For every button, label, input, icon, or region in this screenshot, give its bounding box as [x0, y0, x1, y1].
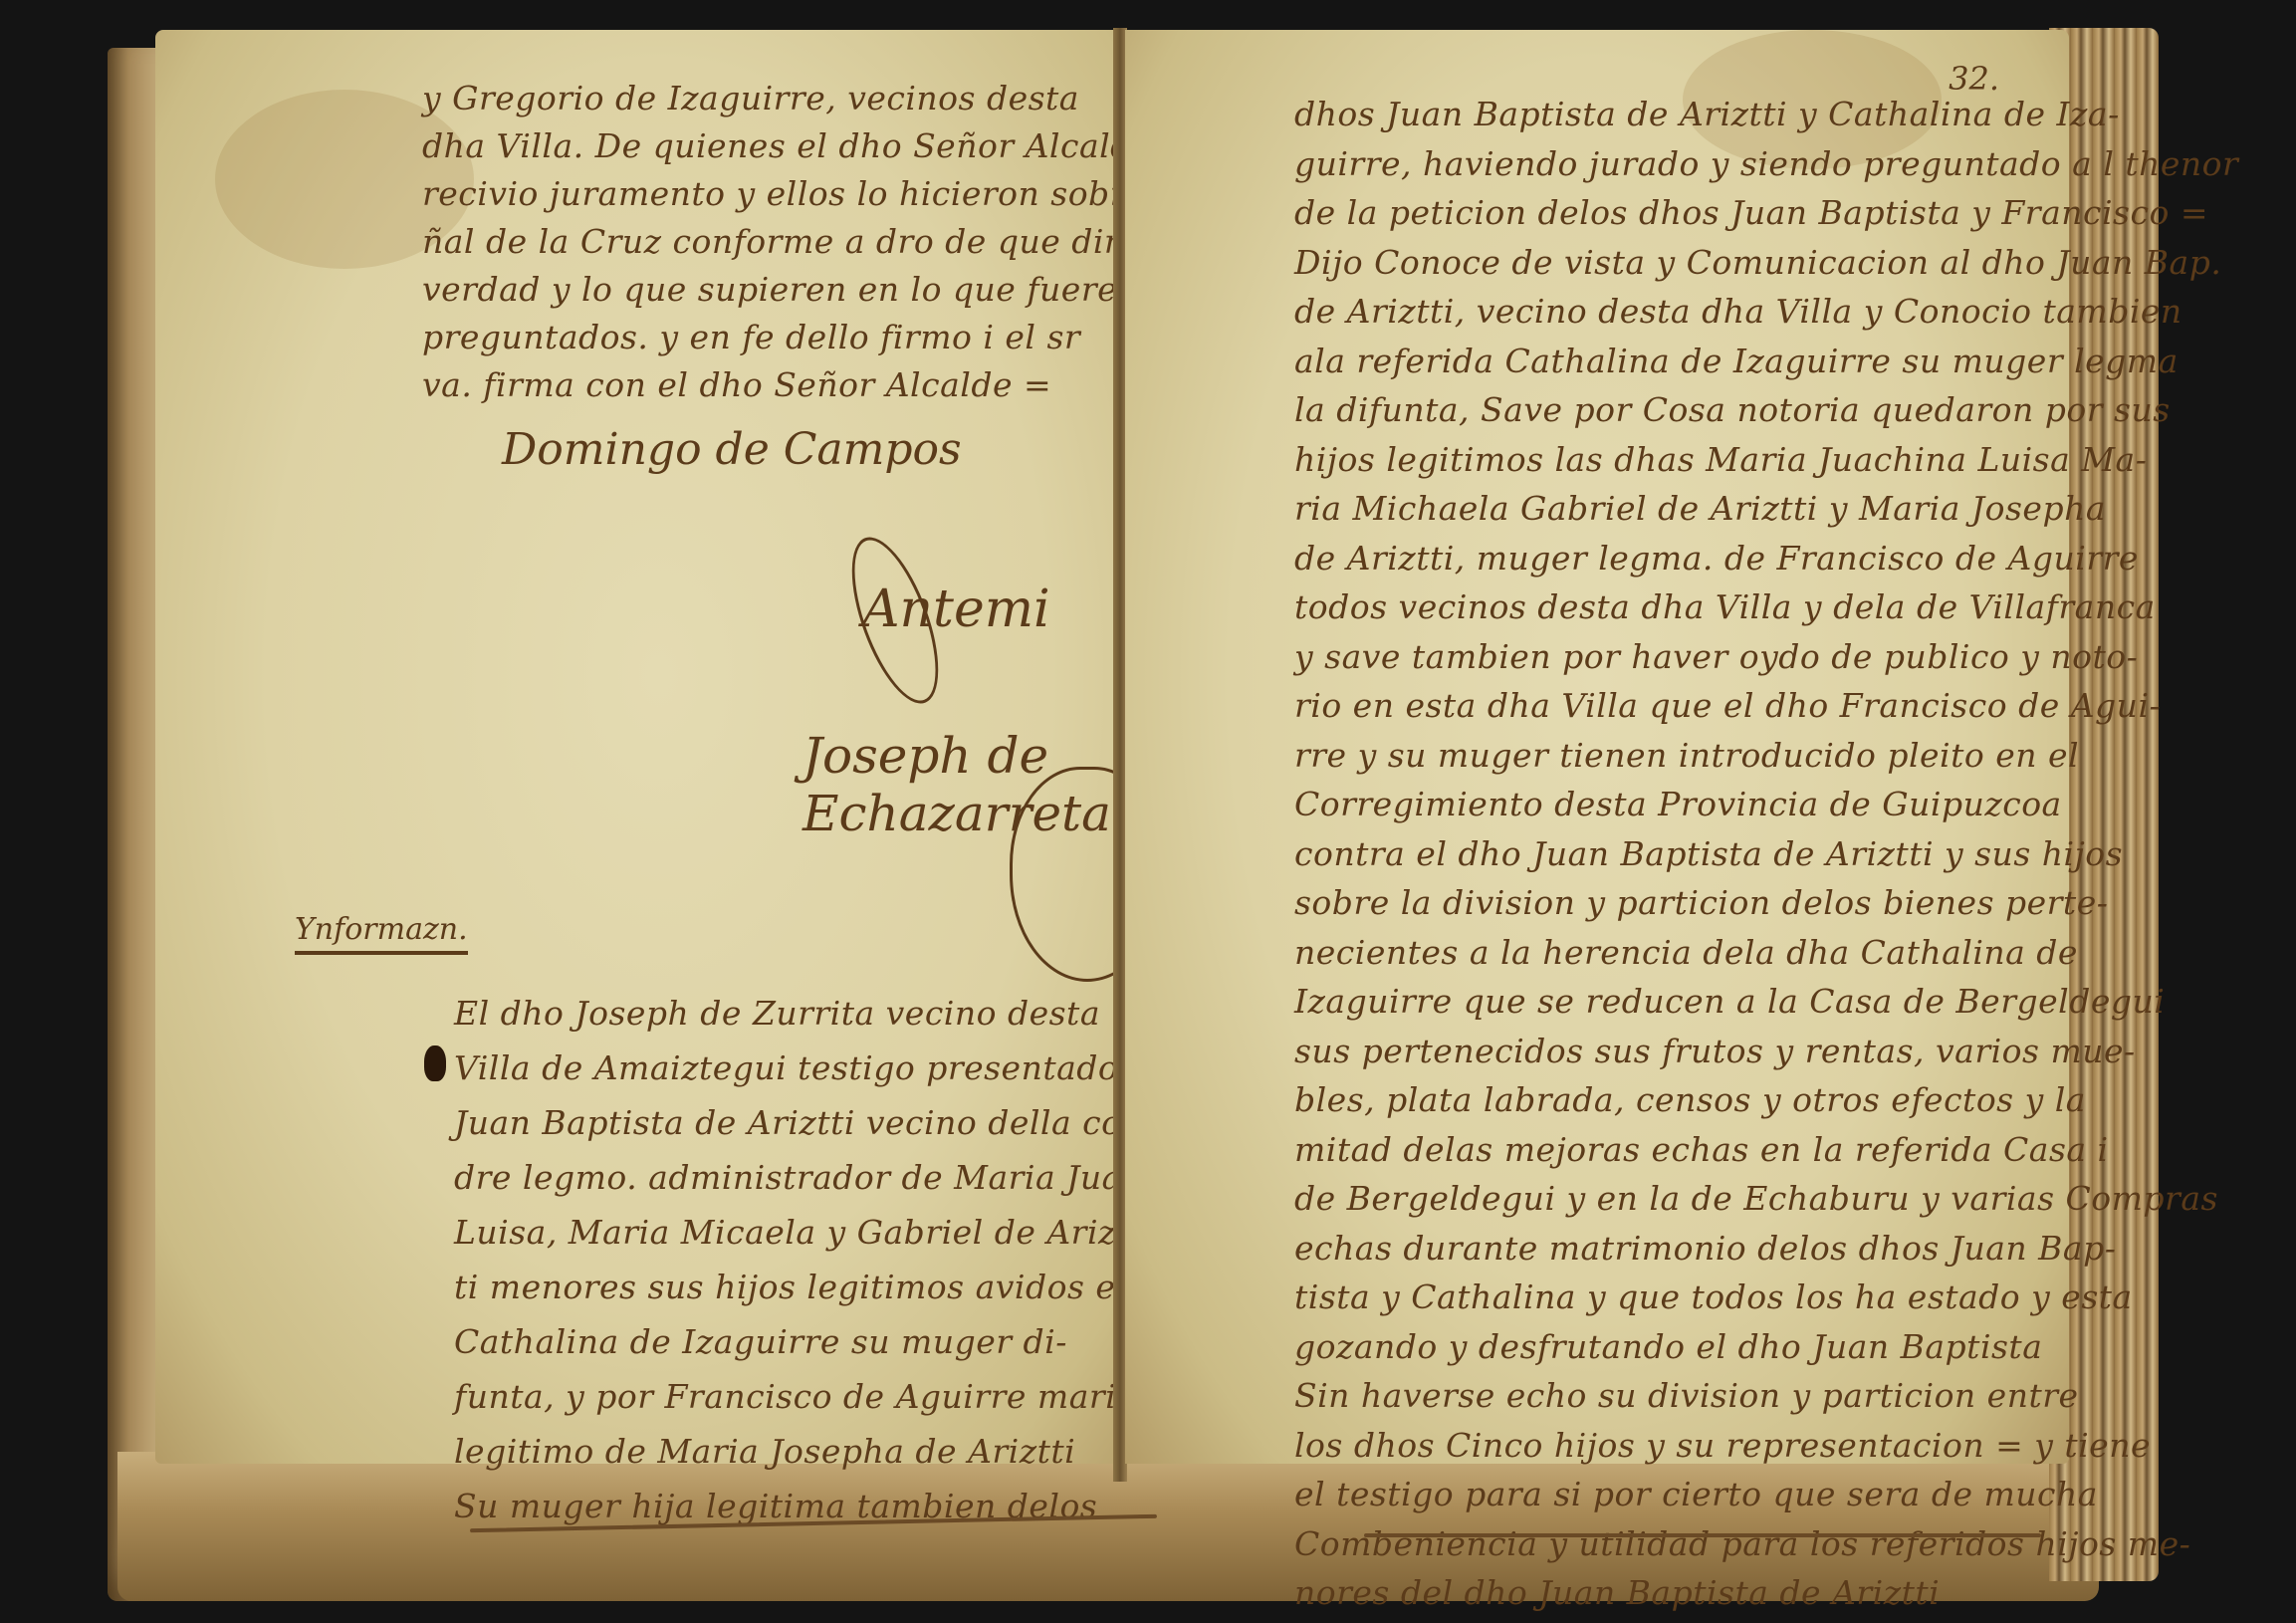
- left-page: y Gregorio de Izaguirre, vecinos desta d…: [155, 30, 1163, 1464]
- text-line: necientes a la herencia dela dha Cathali…: [1294, 928, 2238, 978]
- text-line: tista y Cathalina y que todos los ha est…: [1294, 1273, 2238, 1322]
- text-line: Combeniencia y utilidad para los referid…: [1294, 1519, 2238, 1569]
- text-line: gozando y desfrutando el dho Juan Baptis…: [1294, 1322, 2238, 1372]
- text-line: de Bergeldegui y en la de Echaburu y var…: [1294, 1174, 2238, 1224]
- text-line: sobre la division y particion delos bien…: [1294, 878, 2238, 928]
- text-line: ala referida Cathalina de Izaguirre su m…: [1294, 337, 2238, 386]
- text-line: ria Michaela Gabriel de Ariztti y Maria …: [1294, 484, 2238, 534]
- text-line: rre y su muger tienen introducido pleito…: [1294, 731, 2238, 781]
- text-line: Su muger hija legitima tambien delos: [454, 1479, 1238, 1533]
- ink-blot: [424, 1045, 446, 1081]
- text-line: mitad delas mejoras echas en la referida…: [1294, 1125, 2238, 1175]
- text-line: sus pertenecidos sus frutos y rentas, va…: [1294, 1027, 2238, 1076]
- text-line: de Ariztti, vecino desta dha Villa y Con…: [1294, 287, 2238, 337]
- text-line: Sin haverse echo su division y particion…: [1294, 1371, 2238, 1421]
- text-line: todos vecinos desta dha Villa y dela de …: [1294, 582, 2238, 632]
- text-line: Corregimiento desta Provincia de Guipuzc…: [1294, 780, 2238, 829]
- text-line: la difunta, Save por Cosa notoria quedar…: [1294, 385, 2238, 435]
- right-page-testimony-text: dhos Juan Baptista de Ariztti y Cathalin…: [1294, 90, 2238, 1618]
- text-line: los dhos Cinco hijos y su representacion…: [1294, 1421, 2238, 1471]
- text-line: hijos legitimos las dhas Maria Juachina …: [1294, 435, 2238, 485]
- text-line: echas durante matrimonio delos dhos Juan…: [1294, 1224, 2238, 1274]
- text-line: dhos Juan Baptista de Ariztti y Cathalin…: [1294, 90, 2238, 139]
- signature-domingo-de-campos: Domingo de Campos: [502, 424, 962, 475]
- end-of-text-rule: [1364, 1533, 2041, 1537]
- text-line: Dijo Conoce de vista y Comunicacion al d…: [1294, 238, 2238, 288]
- text-line: el testigo para si por cierto que sera d…: [1294, 1470, 2238, 1519]
- text-line: nores del dho Juan Baptista de Ariztti: [1294, 1568, 2238, 1618]
- right-page: 32. dhos Juan Baptista de Ariztti y Cath…: [1125, 30, 2069, 1464]
- text-line: rio en esta dha Villa que el dho Francis…: [1294, 681, 2238, 731]
- text-line: guirre, haviendo jurado y siendo pregunt…: [1294, 139, 2238, 189]
- text-line: y save tambien por haver oydo de publico…: [1294, 632, 2238, 682]
- open-book: y Gregorio de Izaguirre, vecinos desta d…: [108, 8, 2159, 1613]
- text-line: bles, plata labrada, censos y otros efec…: [1294, 1075, 2238, 1125]
- margin-note-informacion: Ynformazn.: [295, 912, 468, 955]
- text-line: de Ariztti, muger legma. de Francisco de…: [1294, 534, 2238, 583]
- text-line: de la peticion delos dhos Juan Baptista …: [1294, 188, 2238, 238]
- text-line: Izaguirre que se reducen a la Casa de Be…: [1294, 977, 2238, 1027]
- text-line: contra el dho Juan Baptista de Ariztti y…: [1294, 829, 2238, 879]
